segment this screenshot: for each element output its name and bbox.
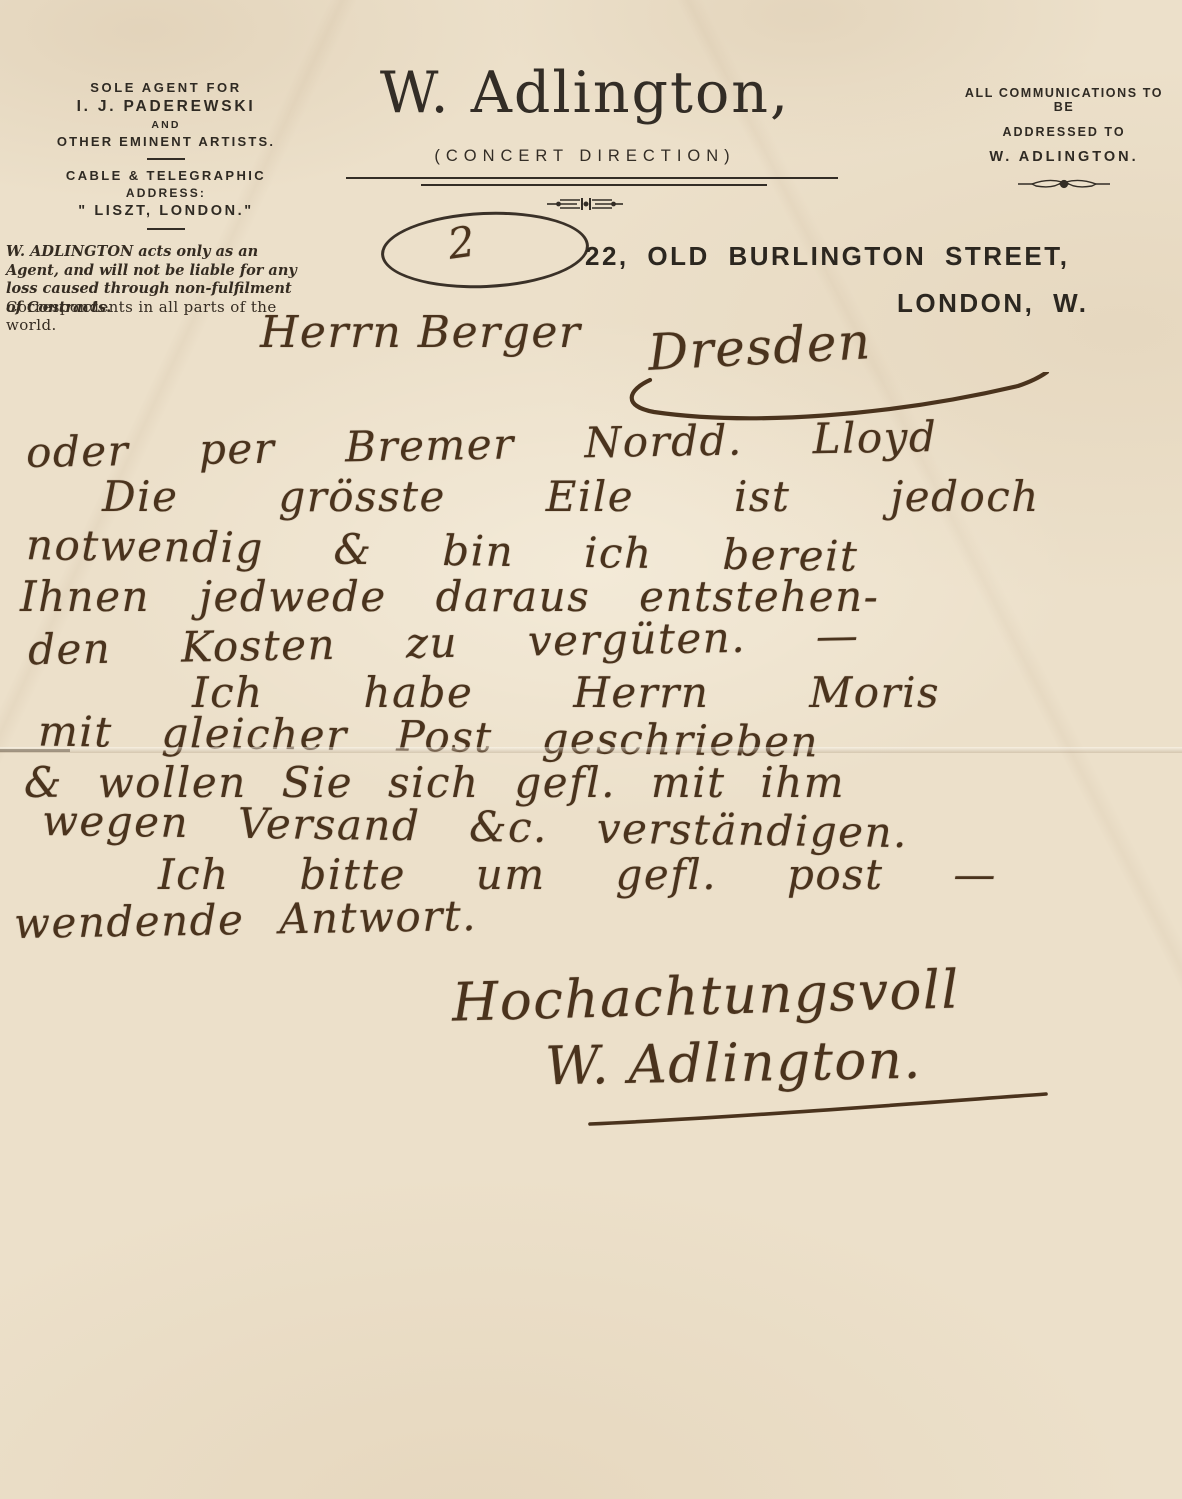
sole-agent-line: SOLE AGENT FOR <box>25 80 307 95</box>
letterhead-right-block: ALL COMMUNICATIONS TO BE ADDRESSED TO W.… <box>953 86 1175 191</box>
addressed-to-line: ADDRESSED TO <box>953 125 1175 139</box>
divider-rule <box>147 228 185 230</box>
leaf-scroll-ornament-icon <box>953 177 1175 191</box>
horizontal-rule-long <box>346 177 838 179</box>
cable-telegraphic-line: CABLE & TELEGRAPHIC <box>25 168 307 183</box>
body-line: Die grösste Eile ist jedoch <box>102 472 1040 521</box>
all-communications-line: ALL COMMUNICATIONS TO BE <box>953 86 1175 114</box>
body-line: oder per Bremer Nordd. Lloyd <box>26 412 938 477</box>
page-number-oval <box>379 207 590 292</box>
liszt-london-line: " LISZT, LONDON." <box>25 203 307 219</box>
letterhead-subtitle: (CONCERT DIRECTION) <box>330 147 840 166</box>
street-address: 22, OLD BURLINGTON STREET, <box>585 241 1069 272</box>
letterhead-left-block: SOLE AGENT FOR I. J. PADEREWSKI AND OTHE… <box>25 80 307 238</box>
letterhead-title: W. Adlington, <box>330 60 840 126</box>
address-label-line: ADDRESS: <box>25 186 307 200</box>
handwritten-closing: Hochachtungsvoll <box>451 959 960 1033</box>
double-rule-arrow-ornament-icon <box>547 195 623 213</box>
eminent-artists-line: OTHER EMINENT ARTISTS. <box>25 134 307 149</box>
paderewski-line: I. J. PADEREWSKI <box>25 98 307 116</box>
adlington-name-line: W. ADLINGTON. <box>953 149 1175 165</box>
body-line: Ich bitte um gefl. post — <box>158 850 997 899</box>
letter-page: SOLE AGENT FOR I. J. PADEREWSKI AND OTHE… <box>0 0 1182 1499</box>
horizontal-rule-short <box>421 184 767 186</box>
divider-rule <box>147 158 185 160</box>
city-address: LONDON, W. <box>897 288 1088 319</box>
signature-flourish <box>588 1088 1050 1130</box>
and-line: AND <box>25 119 307 131</box>
body-line: wendende Antwort. <box>14 891 478 948</box>
handwritten-salutation: Herrn Berger <box>260 307 581 358</box>
